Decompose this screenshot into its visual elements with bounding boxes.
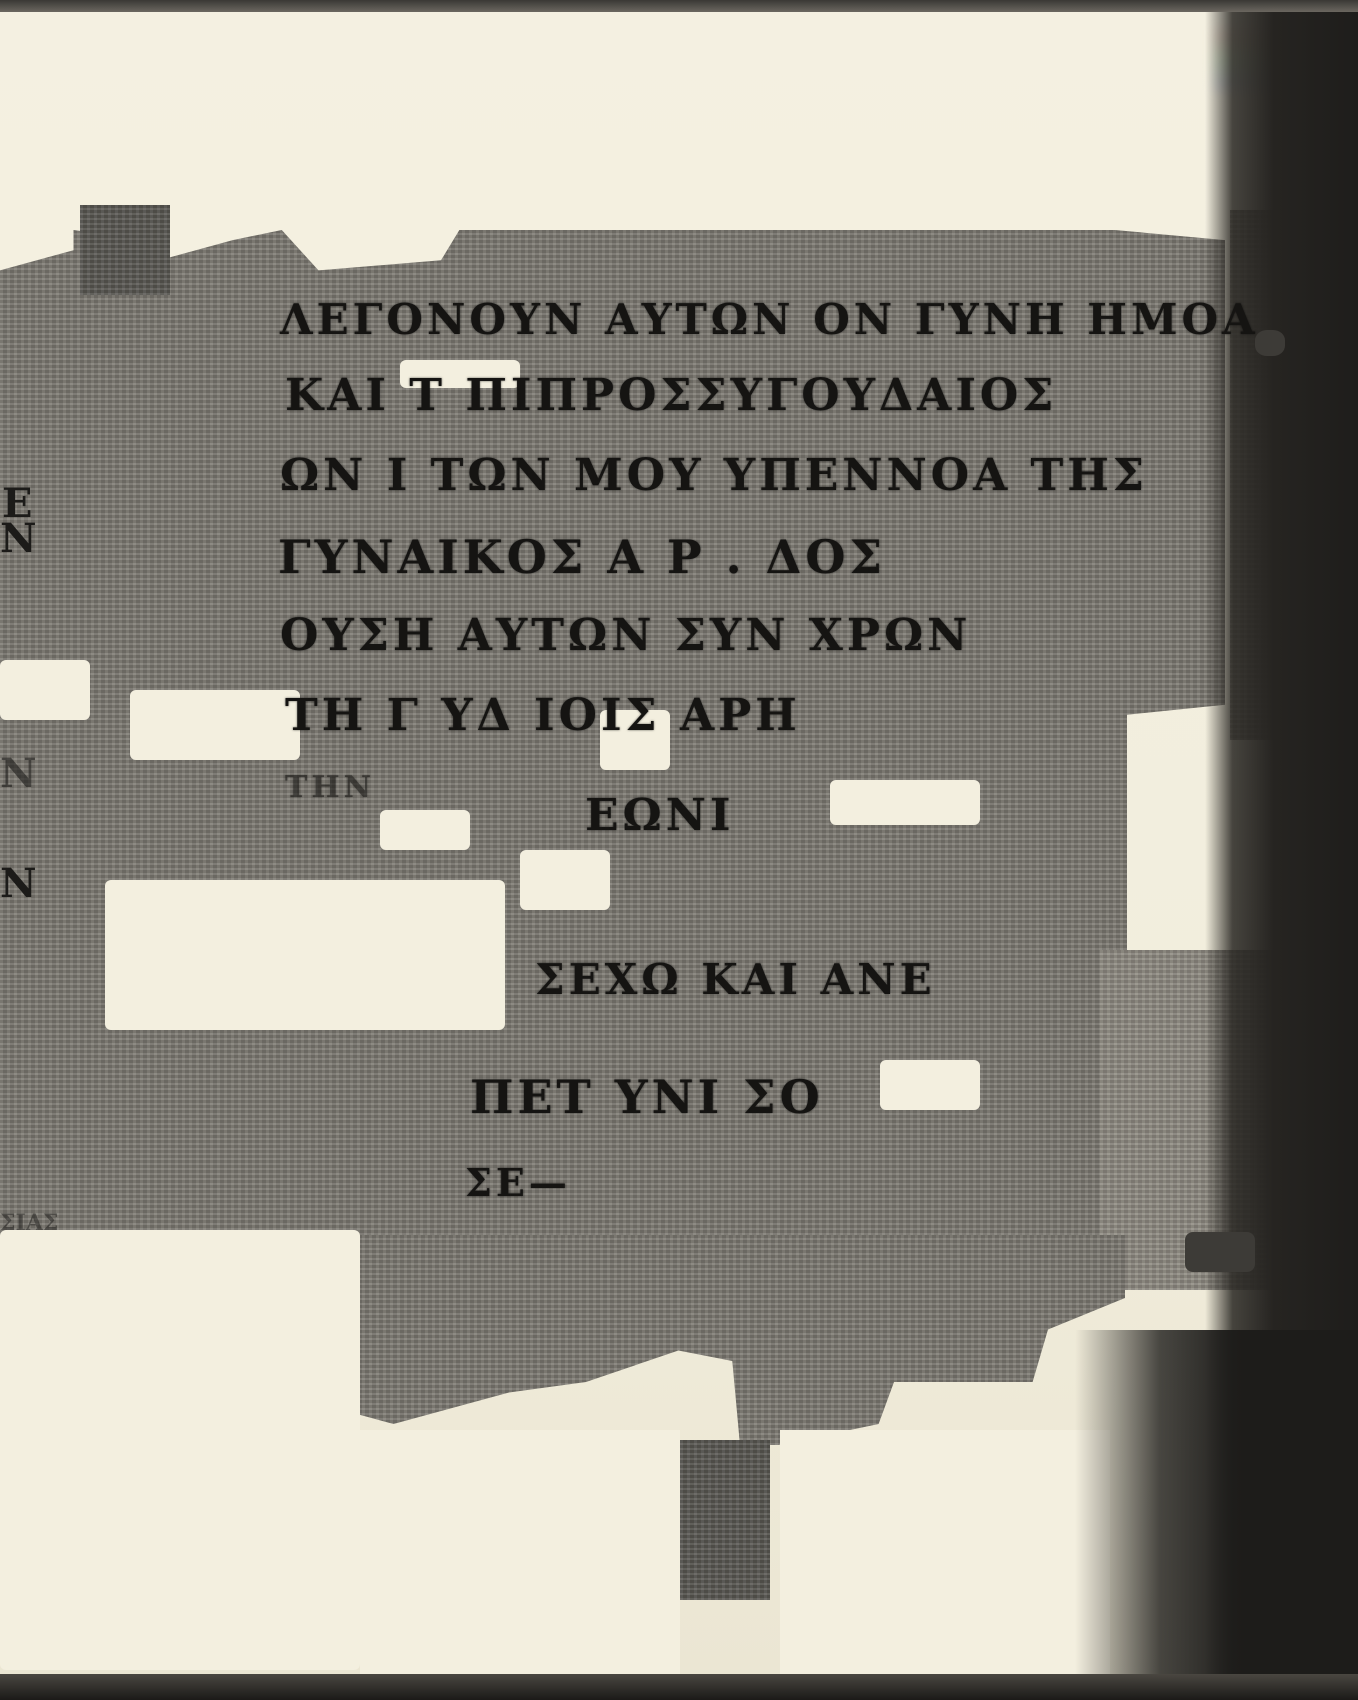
text-line-7: ΤΗΝ	[285, 770, 375, 805]
lacuna	[520, 850, 610, 910]
text-line-2: ΚΑΙ Τ ΠΙΠΡΟΣΣΥΓΟΥΔΑΙΟΣ	[285, 370, 1057, 421]
papyrus-strip-bottom	[680, 1440, 770, 1600]
bottom-frame-edge	[0, 1674, 1358, 1700]
text-line-4: ΓΥΝΑΙΚΟΣ Α Ρ . ΔΟΣ	[278, 530, 886, 584]
left-column-letter: Ν	[0, 515, 37, 562]
lacuna	[0, 660, 90, 720]
lacuna	[130, 690, 300, 760]
lacuna	[880, 1060, 980, 1110]
left-column-letter: Ν	[0, 860, 37, 907]
papyrus-hole	[1255, 330, 1285, 356]
text-line-3: ΩΝ Ι ΤΩΝ ΜΟΥ ΥΠΕΝΝΟΑ ΤΗΣ	[280, 450, 1148, 501]
papyrus-dark-corner	[80, 205, 170, 295]
text-line-6: ΤΗ Γ ΥΔ ΙΟΙΣ ΑΡΗ	[285, 690, 801, 741]
text-line-5: ΟΥΣΗ ΑΥΤΩΝ ΣΥΝ ΧΡΩΝ	[280, 610, 971, 661]
right-shadow-lower	[1075, 1330, 1358, 1674]
text-line-11: ΣΕ—	[465, 1160, 571, 1205]
papyrus-hole	[1185, 1232, 1255, 1272]
text-line-8: ΕΩΝΙ	[585, 790, 735, 841]
lacuna	[0, 1230, 360, 1670]
text-line-10: ΠΕΤ ΥΝΙ ΣΟ	[470, 1070, 824, 1124]
text-line-1: ΛΕΓΟΝΟΥΝ ΑΥΤΩΝ ΟΝ ΓΥΝΗ ΗΜΟΑ	[280, 295, 1259, 344]
left-column-letter: ΣΙΑΣ	[0, 1210, 58, 1236]
text-line-9: ΣΕΧΩ ΚΑΙ ΑΝΕ	[535, 955, 936, 1004]
lacuna	[780, 1430, 1110, 1680]
lacuna	[380, 810, 470, 850]
lacuna	[105, 880, 505, 1030]
left-column-letter: Ν	[0, 750, 37, 797]
lacuna	[830, 780, 980, 825]
top-frame-edge	[0, 0, 1358, 12]
lacuna	[360, 1430, 680, 1680]
